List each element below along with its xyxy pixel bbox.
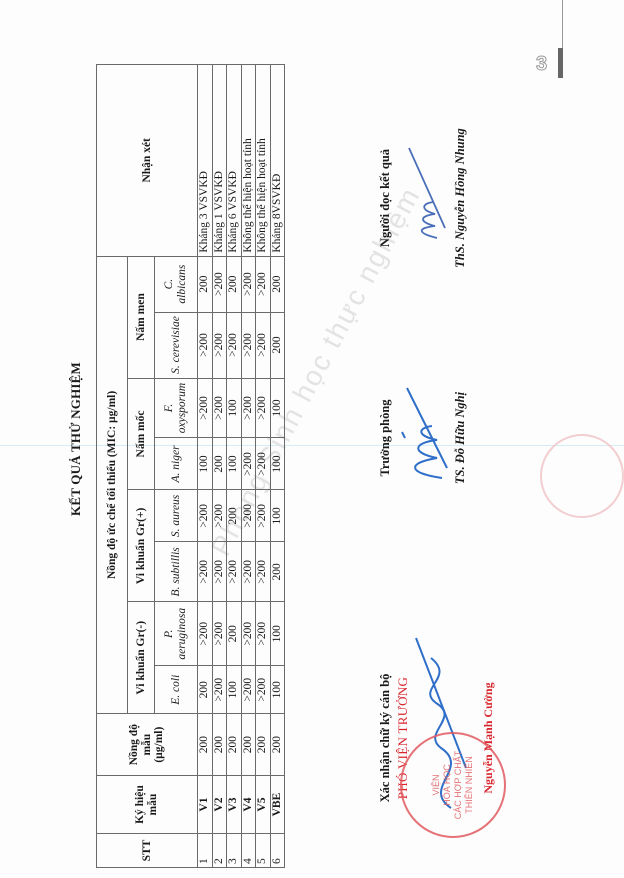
cell-mic-value: >200 [256,378,271,438]
document-page: Phòng Sinh học thực nghiệm 3 KẾT QUẢ THỬ… [0,0,624,878]
signature-area [393,338,453,538]
cell-stt: 6 [270,834,285,868]
header-species: E. coli [155,666,198,714]
cell-stt: 1 [198,834,213,868]
header-group-gram-negative: Vi khuẩn Gr(-) [128,602,155,714]
header-stt: STT [97,834,198,868]
stamp-text: HÓA HỌC [442,764,453,806]
page-number: 3 [536,53,547,76]
cell-mic-value: >200 [256,542,271,602]
cell-mic-value: 100 [270,378,285,438]
cell-concentration: 200 [198,714,213,776]
table-row: 5V5200>200>200>200>200>200>200>200>200Kh… [256,65,271,868]
header-group-yeast: Nấm men [128,256,155,378]
results-table-body: 1V1200200>200>200>200100>200>200200Kháng… [198,65,285,868]
cell-sample-code: VBE [270,776,285,834]
cell-mic-value: >200 [227,542,242,602]
cell-mic-value: 200 [227,256,242,312]
cell-mic-value: 100 [227,378,242,438]
cell-mic-value: >200 [256,490,271,542]
stamp-text: THIÊN NHIÊN [464,756,475,814]
cell-mic-value: >200 [212,490,227,542]
cell-mic-value: >200 [198,602,213,666]
cell-mic-value: 200 [270,256,285,312]
cell-mic-value: 200 [198,256,213,312]
signature-role: Xác nhận chữ ký cán bộ [378,608,393,868]
signature-area [393,78,453,318]
header-species: F. oxysporum [155,378,198,438]
signature-role: Người đọc kết quả [378,78,393,318]
cell-sample-code: V5 [256,776,271,834]
cell-comment: Kháng 8VSVKĐ [270,65,285,257]
cell-mic-value: >200 [241,602,256,666]
cell-sample-code: V2 [212,776,227,834]
cell-mic-value: 100 [270,666,285,714]
cell-mic-value: >200 [212,378,227,438]
faint-stamp [540,434,624,518]
cell-mic-value: 100 [198,438,213,490]
cell-mic-value: 200 [198,666,213,714]
cell-concentration: 200 [270,714,285,776]
cell-mic-value: >200 [198,542,213,602]
cell-mic-value: 100 [227,438,242,490]
handwritten-signature-icon [397,138,457,258]
cell-mic-value: >200 [241,378,256,438]
cell-mic-value: 200 [227,490,242,542]
stamp-title: PHÓ VIỆN TRƯỞNG [395,608,411,868]
cell-mic-value: >200 [212,256,227,312]
cell-sample-code: V3 [227,776,242,834]
official-stamp: VIỆN HÓA HỌC CÁC HỢP CHẤT THIÊN NHIÊN [400,732,506,838]
handwritten-signature-icon [397,378,457,498]
header-species: P. aeruginosa [155,602,198,666]
header-species: A. niger [155,438,198,490]
header-group-mold: Nấm mốc [128,378,155,490]
cell-mic-value: >200 [241,256,256,312]
cell-stt: 5 [256,834,271,868]
cell-mic-value: >200 [241,542,256,602]
cell-comment: Không thể hiện hoạt tính [256,65,271,257]
cell-mic-value: >200 [256,666,271,714]
header-sample-code: Ký hiệu mẫu [97,776,198,834]
cell-mic-value: 200 [270,312,285,378]
cell-mic-value: 100 [227,666,242,714]
cell-mic-value: >200 [256,602,271,666]
cell-concentration: 200 [256,714,271,776]
cell-mic-value: >200 [212,602,227,666]
header-species: S. cerevisiae [155,312,198,378]
cell-mic-value: >200 [227,312,242,378]
cell-comment: Kháng 3 VSVKĐ [198,65,213,257]
signature-block-middle: Trưởng phòng TS. Đỗ Hữu Nghị [378,338,468,538]
cell-mic-value: 200 [270,542,285,602]
header-species: S. aureus [155,490,198,542]
cell-mic-value: 100 [270,438,285,490]
header-comment: Nhận xét [97,65,198,257]
cell-comment: Kháng 6 VSVKĐ [227,65,242,257]
signature-role: Trưởng phòng [378,338,393,538]
table-row: 1V1200200>200>200>200100>200>200200Kháng… [198,65,213,868]
table-row: 2V2200>200>200>200>200200>200>200>200Khá… [212,65,227,868]
cell-mic-value: >200 [198,312,213,378]
cell-mic-value: 100 [270,602,285,666]
cell-mic-value: >200 [241,438,256,490]
header-concentration: Nồng độ mẫu (µg/ml) [97,714,198,776]
header-species: C. albicans [155,256,198,312]
results-table: STT Ký hiệu mẫu Nồng độ mẫu (µg/ml) Nồng… [96,64,285,868]
cell-comment: Không thể hiện hoạt tính [241,65,256,257]
page-edge-line [562,0,563,48]
page-number-bar [558,48,563,78]
header-mic: Nồng độ ức chế tối thiểu (MIC: µg/ml) [97,256,128,714]
cell-mic-value: >200 [212,312,227,378]
cell-sample-code: V1 [198,776,213,834]
signature-name: Nguyễn Mạnh Cường [481,608,496,868]
header-species: B. subtillis [155,542,198,602]
cell-mic-value: 200 [227,602,242,666]
table-row: 6VBE200100100200100100100200200Kháng 8VS… [270,65,285,868]
table-row: 4V4200>200>200>200>200>200>200>200>200Kh… [241,65,256,868]
cell-comment: Kháng 1 VSVKĐ [212,65,227,257]
document-title: KẾT QUẢ THỬ NGHIỆM [68,0,84,878]
scan-artifact-line [0,445,624,446]
cell-mic-value: >200 [256,312,271,378]
table-row: 3V3200100200>200200100100>200200Kháng 6 … [227,65,242,868]
cell-mic-value: 100 [270,490,285,542]
cell-concentration: 200 [212,714,227,776]
stamp-text: CÁC HỢP CHẤT [453,751,464,820]
cell-mic-value: >200 [198,490,213,542]
cell-concentration: 200 [227,714,242,776]
cell-stt: 2 [212,834,227,868]
stamp-text: VIỆN [431,775,442,796]
header-group-gram-positive: Vi khuẩn Gr(+) [128,490,155,602]
cell-mic-value: >200 [241,490,256,542]
cell-mic-value: 200 [212,438,227,490]
cell-stt: 3 [227,834,242,868]
cell-sample-code: V4 [241,776,256,834]
cell-mic-value: >200 [212,666,227,714]
cell-mic-value: >200 [256,438,271,490]
cell-mic-value: >200 [198,378,213,438]
signature-block-right: Người đọc kết quả ThS. Nguyễn Hồng Nhung [378,78,468,318]
cell-mic-value: >200 [212,542,227,602]
cell-mic-value: >200 [256,256,271,312]
cell-concentration: 200 [241,714,256,776]
cell-stt: 4 [241,834,256,868]
cell-mic-value: >200 [241,312,256,378]
cell-mic-value: >200 [241,666,256,714]
